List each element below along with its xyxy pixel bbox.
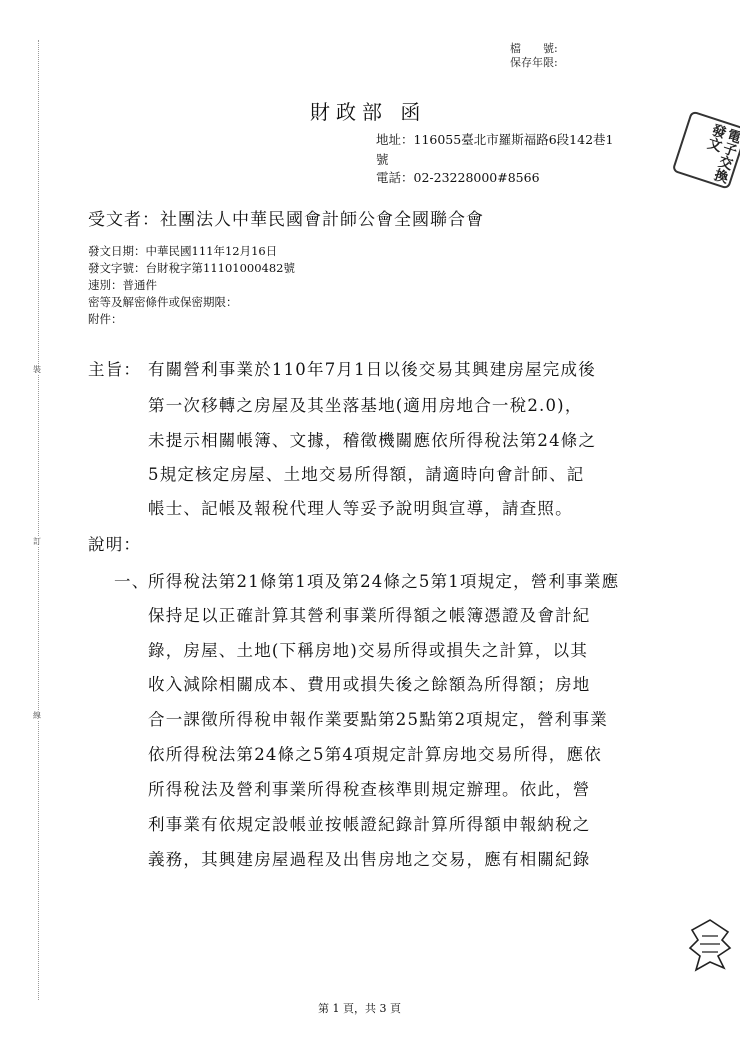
attachments: 附件： [88,311,123,327]
issue-date: 發文日期：中華民國111年12月16日 [88,243,277,259]
item-1-line: 所得稅法第21條第1項及第24條之5第1項規定，營利事業應 [148,568,619,592]
item-1-line: 依所得稅法第24條之5第4項規定計算房地交易所得，應依 [148,741,602,765]
explanation-label: 說明： [88,531,141,555]
document-title: 財政部 函 [310,96,426,125]
document-number: 發文字號：台財稅字第11101000482號 [88,260,295,276]
item-1-line: 保持足以正確計算其營利事業所得額之帳簿憑證及會計紀 [148,602,591,626]
seal-icon [688,918,732,972]
delivery-type: 速別：普通件 [88,277,157,293]
item-1-line: 所得稅法及營利事業所得稅查核準則規定辦理。依此，營 [148,776,591,800]
page-info: 第 1 頁，共 3 頁 [318,1000,401,1016]
item-1-line: 義務，其興建房屋過程及出售房地之交易，應有相關紀錄 [148,846,591,870]
confidentiality: 密等及解密條件或保密期限： [88,294,238,310]
subject-line: 有關營利事業於110年7月1日以後交易其興建房屋完成後 [148,356,596,380]
subject-line: 第一次移轉之房屋及其坐落基地(適用房地合一稅2.0)， [148,392,583,416]
retention-label: 保存年限: [510,56,558,70]
item-1-line: 收入減除相關成本、費用或損失後之餘額為所得額；房地 [148,671,591,695]
item-1-line: 合一課徵所得稅申報作業要點第25點第2項規定，營利事業 [148,706,608,730]
subject-line: 5規定核定房屋、土地交易所得額，請適時向會計師、記 [148,461,585,485]
subject-label: 主旨： [88,356,141,380]
electronic-exchange-stamp: 電子交換發文 [672,110,740,189]
binding-mark-ding: 訂 [33,536,41,547]
recipient: 受文者：社團法人中華民國會計師公會全國聯合會 [88,205,484,230]
binding-mark-zhuang: 裝 [33,364,41,375]
address-continued: 號 [376,150,389,170]
subject-line: 未提示相關帳簿、文據，稽徵機關應依所得稅法第24條之 [148,427,596,451]
file-number-label: 檔 號: [510,42,558,56]
phone: 電話：02-23228000#8566 [376,168,540,188]
item-1-line: 錄，房屋、土地(下稱房地)交易所得或損失之計算，以其 [148,637,588,661]
binding-mark-xian: 線 [33,710,41,721]
binding-margin-line [38,40,39,1000]
subject-line: 帳士、記帳及報稅代理人等妥予說明與宣導，請查照。 [148,495,573,519]
item-1-line: 利事業有依規定設帳並按帳證紀錄計算所得額申報納稅之 [148,811,591,835]
address: 地址：116055臺北市羅斯福路6段142巷1 [376,130,613,150]
item-1-label: 一、 [114,568,149,592]
